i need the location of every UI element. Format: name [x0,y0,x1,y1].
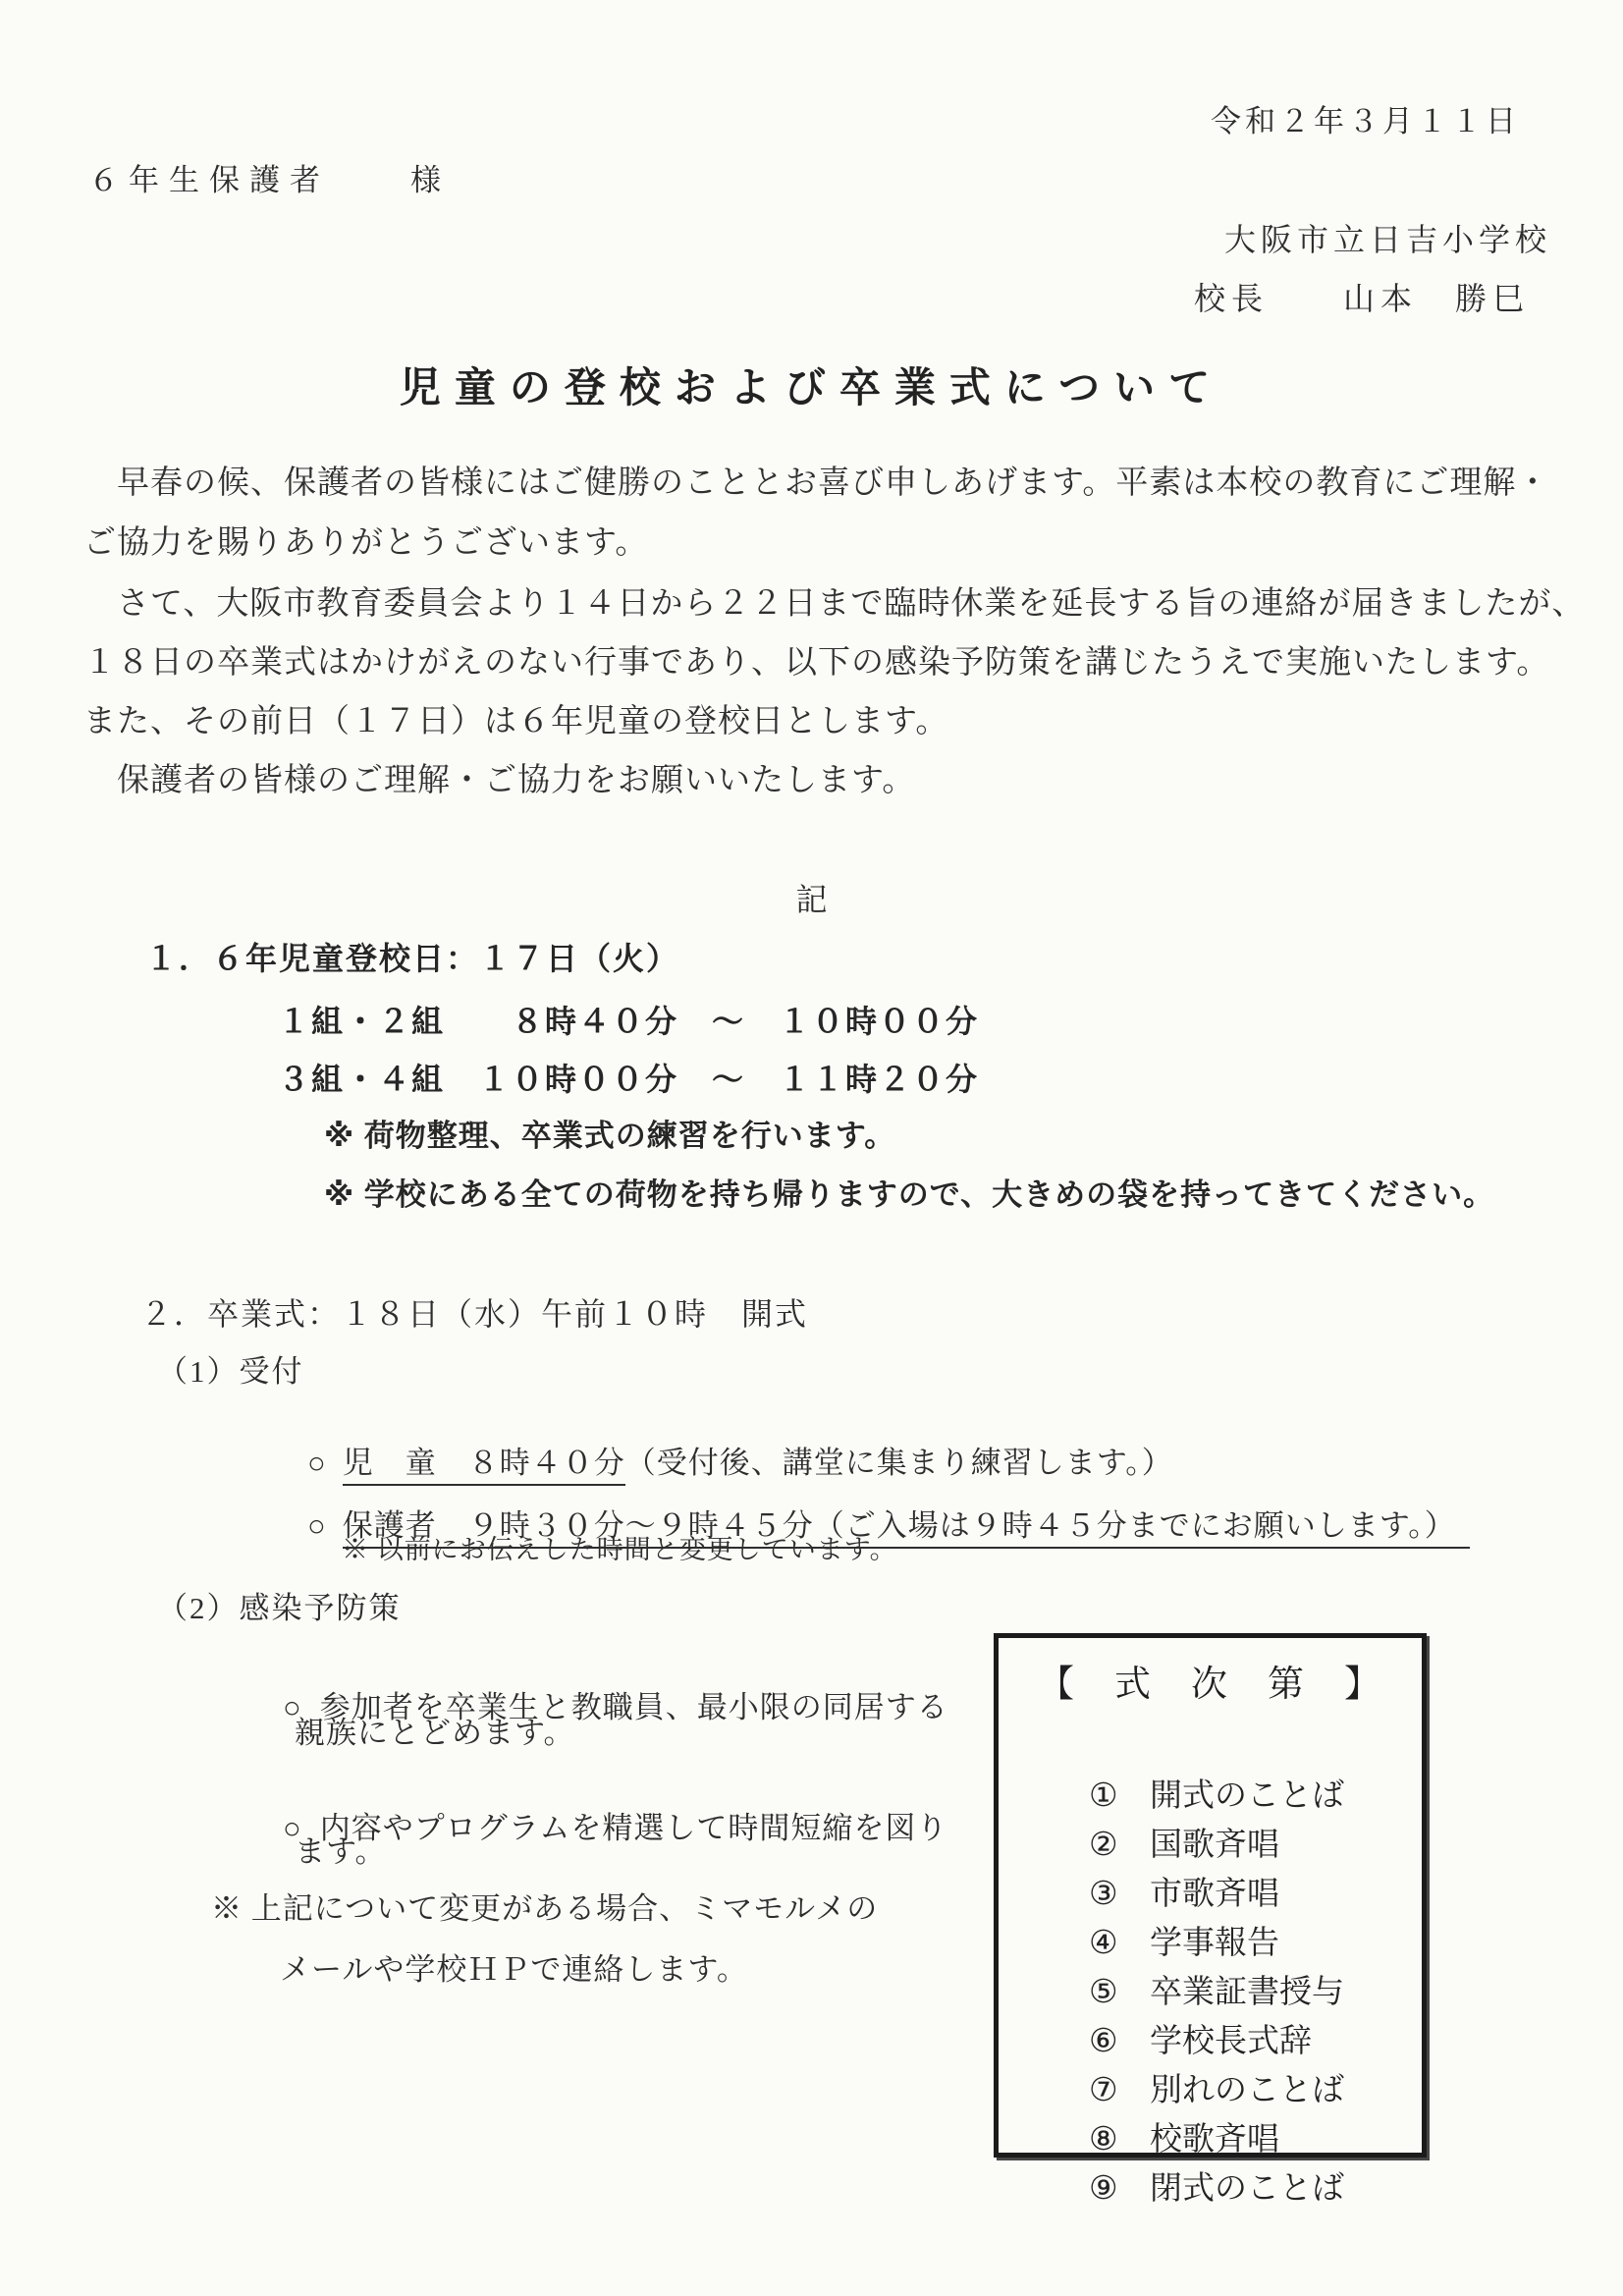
section1-heading: １．６年児童登校日：１７日（火） [145,934,679,979]
ceremony-item-number: ⑥ [1089,2017,1150,2066]
schedule-row: ３組・４組 １０時００分 ～ １１時２０分 [278,1055,979,1100]
ceremony-program-box: 【 式 次 第 】 ①開式のことば ②国歌斉唱 ③市歌斉唱 ④学事報告 ⑤卒業証… [994,1633,1427,2158]
ceremony-item-number: ④ [1089,1919,1150,1968]
record-marker: 記 [0,875,1623,920]
ceremony-item-label: 開式のことば [1150,1778,1344,1814]
ceremony-item-label: 卒業証書授与 [1150,1975,1344,2010]
intro-line: 保護者の皆様のご理解・ご協力をお願いいたします。 [83,754,915,800]
intro-line: ご協力を賜りありがとうございます。 [83,517,648,563]
section1-note: ※ 荷物整理、卒業式の練習を行います。 [324,1111,895,1155]
ceremony-item-number: ② [1089,1821,1150,1870]
ceremony-item: ①開式のことば [1024,1722,1422,1772]
ceremony-item-number: ⑦ [1089,2066,1150,2115]
ceremony-item-label: 閉式のことば [1150,2171,1344,2207]
circle-marker: ○ [307,1508,327,1543]
ceremony-item-label: 学校長式辞 [1150,2024,1312,2059]
document-title: 児童の登校および卒業式について [0,355,1623,414]
change-note-line: メールや学校ＨＰで連絡します。 [280,1944,748,1989]
scanned-letter-page: 令和２年３月１１日 ６年生保護者 様 大阪市立日吉小学校 校長 山本 勝巳 児童… [0,0,1623,2296]
schedule-row: １組・２組 ８時４０分 ～ １０時００分 [278,997,979,1042]
intro-line: １８日の卒業式はかけがえのない行事であり、以下の感染予防策を講じたうえで実施いた… [83,636,1549,683]
sender-school: 大阪市立日吉小学校 [1224,215,1551,260]
measure-text: 内容やプログラムを精選して時間短縮を図り [320,1811,948,1845]
recipient-line: ６年生保護者 様 [88,155,451,199]
section1-note: ※ 学校にある全ての荷物を持ち帰りますので、大きめの袋を持ってきてください。 [324,1170,1494,1214]
ceremony-item-label: 市歌斉唱 [1150,1877,1279,1912]
intro-line: また、その前日（１７日）は６年児童の登校日とします。 [83,695,948,741]
reception-note: ※ 以前にお伝えした時間と変更しています。 [342,1528,897,1566]
ceremony-item-number: ⑨ [1089,2164,1150,2214]
ceremony-item-list: ①開式のことば ②国歌斉唱 ③市歌斉唱 ④学事報告 ⑤卒業証書授与 ⑥学校長式辞… [999,1722,1422,2164]
sender-principal: 校長 山本 勝巳 [1194,274,1530,319]
ceremony-item-label: 別れのことば [1150,2073,1344,2108]
section2-heading: ２．卒業式：１８日（水）午前１０時 開式 [140,1289,808,1335]
document-date: 令和２年３月１１日 [1211,96,1520,140]
ceremony-item-number: ⑤ [1089,1968,1150,2017]
change-note-line: ※ 上記について変更がある場合、ミマモルメの [211,1884,878,1928]
measures-heading: （2）感染予防策 [157,1583,402,1627]
intro-line: さて、大阪市教育委員会より１４日から２２日まで臨時休業を延長する旨の連絡が届きま… [83,577,1585,624]
ceremony-item-label: 校歌斉唱 [1150,2122,1279,2158]
ceremony-item-number: ① [1089,1772,1150,1821]
ceremony-item-number: ③ [1089,1870,1150,1919]
ceremony-item-label: 学事報告 [1150,1926,1279,1961]
ceremony-item-label: 国歌斉唱 [1150,1828,1279,1863]
measure-item-line: ます。 [295,1827,387,1871]
reception-heading: （1）受付 [157,1346,304,1391]
intro-line: 早春の候、保護者の皆様にはご健勝のこととお喜び申しあげます。平素は本校の教育にご… [83,457,1549,503]
measure-item-line: 親族にとどめます。 [295,1708,575,1752]
ceremony-item-number: ⑧ [1089,2115,1150,2164]
ceremony-box-title: 【 式 次 第 】 [999,1654,1422,1707]
